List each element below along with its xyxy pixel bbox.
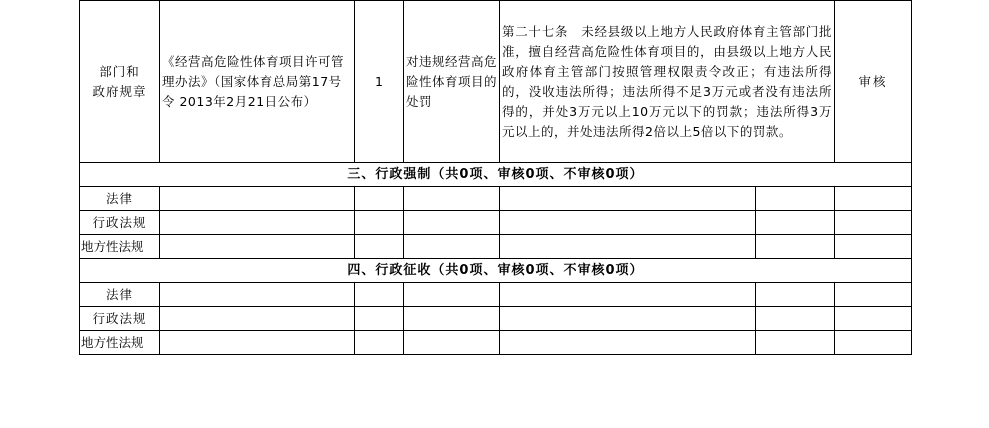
table-row: 行政法规: [80, 307, 912, 331]
category-cell: 地方性法规: [80, 235, 160, 259]
empty-cell: [835, 235, 912, 259]
empty-cell: [404, 283, 500, 307]
empty-cell: [500, 187, 756, 211]
table-row: 部门和 政府规章 《经营高危险性体育项目许可管理办法》（国家体育总局第17号令 …: [80, 1, 912, 163]
empty-cell: [835, 283, 912, 307]
section-header-row: 四、行政征收（共0项、审核0项、不审核0项）: [80, 259, 912, 283]
empty-cell: [355, 331, 404, 355]
empty-cell: [835, 307, 912, 331]
empty-cell: [835, 331, 912, 355]
empty-cell: [756, 187, 835, 211]
category-cell: 法律: [80, 283, 160, 307]
empty-cell: [355, 283, 404, 307]
empty-cell: [160, 283, 355, 307]
empty-cell: [404, 211, 500, 235]
empty-cell: [756, 307, 835, 331]
empty-cell: [355, 307, 404, 331]
category-cell: 行政法规: [80, 307, 160, 331]
category-cell: 部门和 政府规章: [80, 1, 160, 163]
empty-cell: [160, 211, 355, 235]
item-number-cell: 1: [355, 1, 404, 163]
category-cell: 行政法规: [80, 211, 160, 235]
law-name-cell: 《经营高危险性体育项目许可管理办法》（国家体育总局第17号令 2013年2月21…: [160, 1, 355, 163]
empty-cell: [500, 211, 756, 235]
empty-cell: [355, 235, 404, 259]
empty-cell: [160, 331, 355, 355]
table-row: 行政法规: [80, 211, 912, 235]
empty-cell: [835, 187, 912, 211]
table-row: 地方性法规: [80, 235, 912, 259]
empty-cell: [756, 283, 835, 307]
table-row: 法律: [80, 187, 912, 211]
empty-cell: [500, 331, 756, 355]
empty-cell: [404, 307, 500, 331]
empty-cell: [404, 187, 500, 211]
table-row: 地方性法规: [80, 331, 912, 355]
category-line: 政府规章: [80, 82, 159, 102]
empty-cell: [355, 187, 404, 211]
empty-cell: [500, 307, 756, 331]
empty-cell: [756, 331, 835, 355]
review-result-cell: 审核: [835, 1, 912, 163]
empty-cell: [355, 211, 404, 235]
category-cell: 地方性法规: [80, 331, 160, 355]
category-cell: 法律: [80, 187, 160, 211]
section-title: 四、行政征收（共0项、审核0项、不审核0项）: [80, 259, 912, 283]
empty-cell: [835, 211, 912, 235]
empty-cell: [756, 211, 835, 235]
table-row: 法律: [80, 283, 912, 307]
section-title: 三、行政强制（共0项、审核0项、不审核0项）: [80, 163, 912, 187]
legal-basis-cell: 第二十七条 未经县级以上地方人民政府体育主管部门批准，擅自经营高危险性体育项目的…: [500, 1, 835, 163]
empty-cell: [500, 235, 756, 259]
empty-cell: [160, 307, 355, 331]
category-line: 部门和: [80, 62, 159, 82]
item-name-cell: 对违规经营高危险性体育项目的处罚: [404, 1, 500, 163]
power-list-table: 部门和 政府规章 《经营高危险性体育项目许可管理办法》（国家体育总局第17号令 …: [79, 0, 912, 355]
section-header-row: 三、行政强制（共0项、审核0项、不审核0项）: [80, 163, 912, 187]
empty-cell: [404, 331, 500, 355]
empty-cell: [404, 235, 500, 259]
empty-cell: [160, 187, 355, 211]
empty-cell: [160, 235, 355, 259]
empty-cell: [756, 235, 835, 259]
empty-cell: [500, 283, 756, 307]
